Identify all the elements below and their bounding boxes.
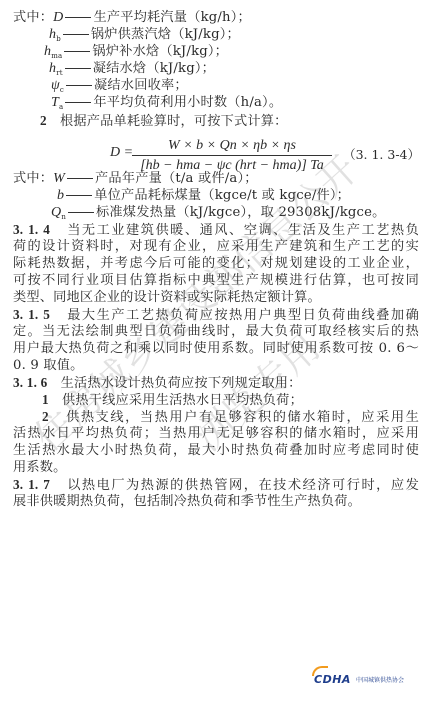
item-number: 2 (40, 113, 47, 128)
publisher-logo: CDHA 中国城镇供热协会 (314, 673, 404, 686)
subscript: n (61, 213, 66, 221)
section-3-1-4-line-3: 际耗热数据，并考虑今后可能的变化；对规划建设的工业企业， (13, 255, 419, 272)
definition-text: 产品年产量（t/a 或件/a）； (95, 171, 258, 186)
equation-number: （3. 1. 3-4） (343, 145, 420, 163)
symbol: Q (51, 205, 61, 220)
item-text: 供热干线应采用生活热水日平均热负荷； (62, 393, 303, 408)
section-3-1-5-line-2: 定。当无法绘制典型日负荷曲线时，最大负荷可取经核实后的热 (13, 323, 419, 340)
symbol: b (57, 188, 64, 203)
subscript: c (60, 86, 64, 94)
section-number: 3. 1. 4 (13, 222, 50, 237)
symbol: T (51, 95, 59, 110)
fraction: W × b × Qn × ηb × ηs [hb − hma − ψc (hrt… (132, 137, 332, 174)
section-number: 3. 1. 7 (13, 477, 50, 492)
definition-text: 单位产品耗标煤量（kgce/t 或 kgce/件）； (94, 188, 350, 203)
section-3-1-6-item-2-line-4: 用系数。 (13, 459, 419, 476)
subscript: ma (51, 52, 62, 60)
definition-text: 标准煤发热量（kJ/kgce），取 29308kJ/kgce。 (96, 205, 386, 220)
fraction-bar (132, 155, 332, 156)
em-dash (65, 102, 91, 103)
section-3-1-5-line-1: 3. 1. 5 最大生产工艺热负荷应按热用户典型日负荷曲线叠加确 (13, 306, 419, 324)
section-3-1-6-item-2-line-2: 活热水日平均热负荷；当热用户无足够容积的储水箱时，应采用 (13, 425, 419, 442)
definition-text: 生产平均耗汽量（kg/h）； (93, 10, 250, 25)
item-text: 根据产品单耗验算时，可按下式计算： (60, 114, 288, 129)
em-dash (65, 17, 91, 18)
section-3-1-5-line-3: 用户最大热负荷之和乘以同时使用系数。同时使用系数可按 0. 6～ (13, 340, 419, 357)
section-3-1-4-line-2: 荷的设计资料时，对现有企业，应采用生产建筑和生产工艺的实 (13, 238, 419, 255)
logo-arc-icon (312, 666, 328, 676)
paragraph-text: 以热电厂为热源的供热管网，在技术经济可行时，应发 (67, 478, 419, 493)
em-dash (65, 68, 91, 69)
section-number: 3. 1. 5 (13, 307, 50, 322)
section-3-1-7-line-1: 3. 1. 7 以热电厂为热源的供热管网，在技术经济可行时，应发 (13, 476, 419, 494)
em-dash (68, 212, 94, 213)
subscript: rt (56, 69, 63, 77)
item-text: 供热支线，当热用户有足够容积的储水箱时，应采用生 (66, 410, 419, 425)
subscript: a (59, 103, 63, 111)
section-3-1-6-item-2-line-1: 2 供热支线，当热用户有足够容积的储水箱时，应采用生 (42, 408, 419, 426)
numerator: W × b × Qn × ηb × ηs (132, 137, 332, 154)
symbol: W (53, 171, 65, 186)
em-dash (66, 85, 92, 86)
section-3-1-6-line-1: 3. 1. 6 生活热水设计热负荷应按下列规定取用： (13, 374, 419, 392)
paragraph-text: 生活热水设计热负荷应按下列规定取用： (61, 376, 302, 391)
subscript: b (56, 35, 61, 43)
where-label: 式中： (13, 10, 53, 25)
paragraph-text: 最大生产工艺热负荷应按热用户典型日负荷曲线叠加确 (67, 308, 419, 323)
section-3-1-4-line-4: 可按不同行业项目估算指标中典型生产规模进行估算，也可按同 (13, 272, 419, 289)
cdha-logo-mark: CDHA (314, 673, 351, 686)
paragraph-text: 当无工业建筑供暖、通风、空调、生活及生产工艺热负 (67, 223, 419, 238)
formula-3-1-3-4: D = W × b × Qn × ηb × ηs [hb − hma − ψc … (110, 137, 430, 173)
section-number: 3. 1. 6 (13, 375, 47, 390)
definition-text: 凝结水焓（kJ/kg）； (93, 61, 215, 76)
section-3-1-4-line-1: 3. 1. 4 当无工业建筑供暖、通风、空调、生活及生产工艺热负 (13, 221, 419, 239)
section-3-1-6-item-1: 1 供热干线应采用生活热水日平均热负荷； (42, 391, 419, 409)
em-dash (64, 51, 90, 52)
where-label: 式中： (13, 171, 53, 186)
item-number: 2 (42, 409, 49, 424)
item-2: 2 根据产品单耗验算时，可按下式计算： (40, 112, 419, 130)
item-number: 1 (42, 392, 49, 407)
document-page: 式中：D生产平均耗汽量（kg/h）； hb锅炉供蒸汽焓（kJ/kg）； hma锅… (0, 0, 431, 704)
section-3-1-6-item-2-line-3: 生活热水最大小时热负荷，最大小时热负荷叠加时应考虑同时使 (13, 442, 419, 459)
em-dash (67, 178, 93, 179)
em-dash (66, 195, 92, 196)
definition-b: b单位产品耗标煤量（kgce/t 或 kgce/件）； (57, 187, 419, 204)
formula-lhs: D = (110, 145, 133, 161)
definition-text: 凝结水回收率； (94, 78, 188, 93)
section-3-1-5-line-4: 0. 9 取值。 (13, 357, 419, 374)
definition-text: 锅炉供蒸汽焓（kJ/kg）； (91, 27, 240, 42)
section-3-1-7-line-2: 展非供暖期热负荷，包括制冷热负荷和季节性生产热负荷。 (13, 493, 419, 510)
em-dash (63, 34, 89, 35)
definition-D: 式中：D生产平均耗汽量（kg/h）； (13, 9, 419, 26)
symbol: ψ (51, 78, 60, 93)
definition-text: 年平均负荷利用小时数（h/a）。 (93, 95, 282, 110)
logo-text: 中国城镇供热协会 (356, 675, 404, 684)
definition-W: 式中：W产品年产量（t/a 或件/a）； (13, 170, 419, 187)
section-3-1-4-line-5: 类型、同地区企业的设计资料或实际耗热定额计算。 (13, 289, 419, 306)
symbol: D (53, 10, 63, 25)
definition-text: 锅炉补水焓（kJ/kg）； (92, 44, 228, 59)
